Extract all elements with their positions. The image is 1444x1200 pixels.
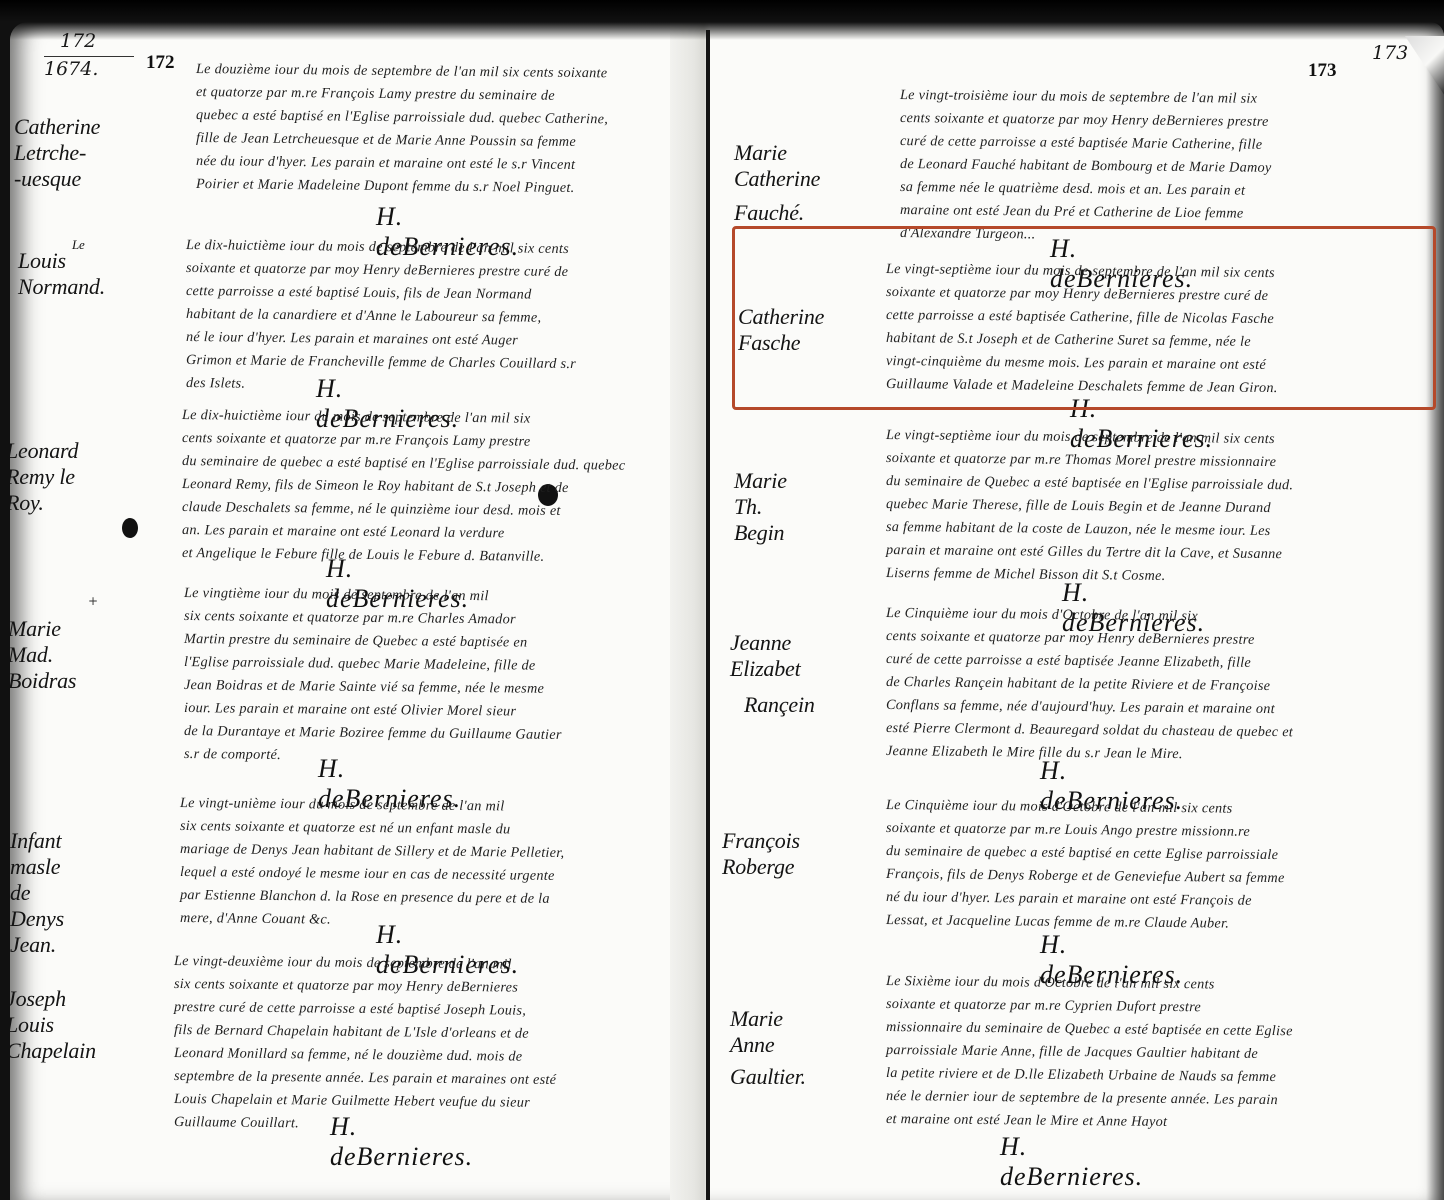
highlighted-record-box [732,226,1436,410]
entry-text: Le dix-huictième iour du mois de septemb… [182,404,625,565]
margin-name: Catherine Letrche- -uesque [14,114,100,192]
right-page: 173 173 Marie Catherine Fauché. Le vingt… [710,22,1444,1200]
margin-name: Leonard Remy le Roy. [10,438,78,516]
entry-text: Le vingtième iour du mois de septembre d… [184,582,562,766]
margin-name: Marie Th. Begin [734,468,787,546]
entry-text: Le vingt-troisième iour du mois de septe… [900,84,1272,245]
book-gutter [670,22,710,1200]
entry-text: Le vingt-deuxième iour du mois de septem… [174,950,556,1134]
printed-folio-number: 173 [1308,60,1337,82]
priest-signature: H. deBernieres. [1000,1132,1143,1192]
entry-text: Le Sixième iour du mois d'Octobre de l'a… [886,970,1293,1131]
scan-top-shadow [0,0,1444,40]
left-page: 172 1674. 172 Catherine Letrche- -uesque… [10,22,670,1200]
entry-text: Le vingt-septième iour du mois de septem… [886,424,1293,585]
margin-name: Marie Mad. Boidras [10,616,76,694]
book-spine-line [706,30,710,1200]
entry-text: Le Cinquième iour du mois d'Octobre de l… [886,602,1293,763]
margin-name: Infant masle de Denys Jean. [10,828,64,958]
folio-rule [44,56,134,57]
margin-name: Jeanne Elizabet Rançein [730,630,815,718]
entry-text: Le douzième iour du mois de septembre de… [196,58,608,196]
cross-mark: + [88,594,98,608]
margin-name: Marie Catherine Fauché. [734,140,820,226]
margin-name: François Roberge [722,828,800,880]
entry-text: Le Cinquième iour du mois d'Octobre de l… [886,794,1285,932]
margin-name: Joseph Louis Chapelain [10,986,96,1064]
margin-name: Marie Anne Gaultier. [730,1006,806,1090]
margin-name: Louis Normand. [18,248,105,300]
priest-signature: H. deBernieres. [330,1112,473,1172]
handwritten-year: 1674. [44,58,98,80]
entry-text: Le dix-huictième iour du mois de septemb… [186,234,576,395]
ink-blot [122,518,138,538]
entry-text: Le vingt-unième iour du mois de septembr… [180,792,564,930]
printed-folio-number: 172 [146,52,175,74]
handwritten-folio-number: 173 [1372,42,1408,64]
